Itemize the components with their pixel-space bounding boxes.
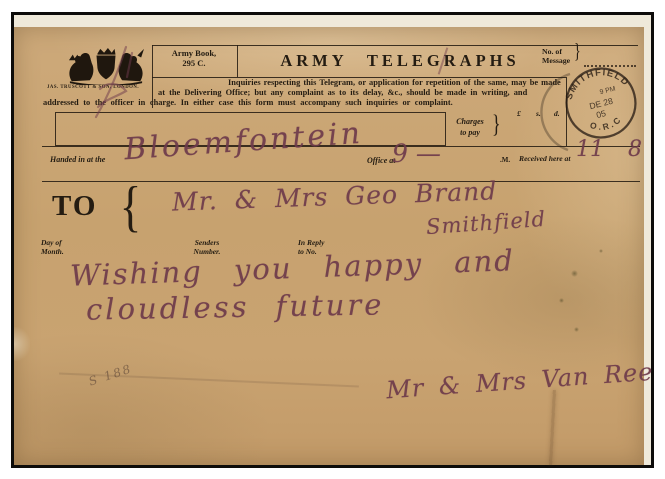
to-brace: { [120, 177, 142, 237]
pounds-header: £ [517, 109, 521, 118]
manuscript-scribble [86, 43, 138, 123]
inquiries-line-2: at the Delivering Office; but any compla… [158, 88, 527, 97]
meridian-label: .M. [500, 156, 510, 164]
ghost-postmark-arc [534, 72, 574, 152]
telegram-card: JAS. TRUSCOTT & SON, LONDON. Army Book, … [14, 27, 644, 465]
handed-in-label: Handed in at the [50, 155, 105, 164]
postmark-year: 05 [595, 108, 607, 120]
foxing-spot [559, 298, 564, 303]
signature-handwriting: Mr & Mrs Van Ree [385, 358, 654, 405]
postmark-time: 9 PM [599, 86, 617, 97]
charges-to-pay-label: Charges to pay [450, 116, 490, 138]
message-number-brace: } [574, 41, 581, 65]
army-book-box-divider [237, 45, 238, 77]
foxing-spot [599, 249, 603, 253]
foxing-spot [574, 327, 579, 332]
vertical-crease [549, 390, 556, 465]
message-line-1-handwriting: Wishing you happy and [70, 243, 516, 293]
form-title: ARMY TELEGRAPHS [250, 51, 550, 71]
message-line-2-handwriting: cloudless future [86, 287, 385, 326]
message-number-label: No. of Message [542, 47, 570, 65]
received-minute-handwriting: 8 [628, 137, 642, 162]
recipient-town-handwriting: Smithfield [425, 207, 546, 239]
day-of-month-label: Day of Month. [41, 238, 64, 256]
inquiries-line-1: Inquiries respecting this Telegram, or a… [228, 78, 561, 87]
edge-scuff [14, 327, 30, 361]
army-book-label: Army Book, 295 C. [154, 48, 234, 68]
office-time-handwriting: 9 — [392, 139, 441, 168]
received-hour-handwriting: 11 [576, 137, 604, 162]
to-label: TO [52, 190, 97, 223]
foxing-spot [571, 270, 578, 277]
received-here-label: Received here at [519, 154, 570, 163]
charges-brace: } [492, 110, 501, 139]
